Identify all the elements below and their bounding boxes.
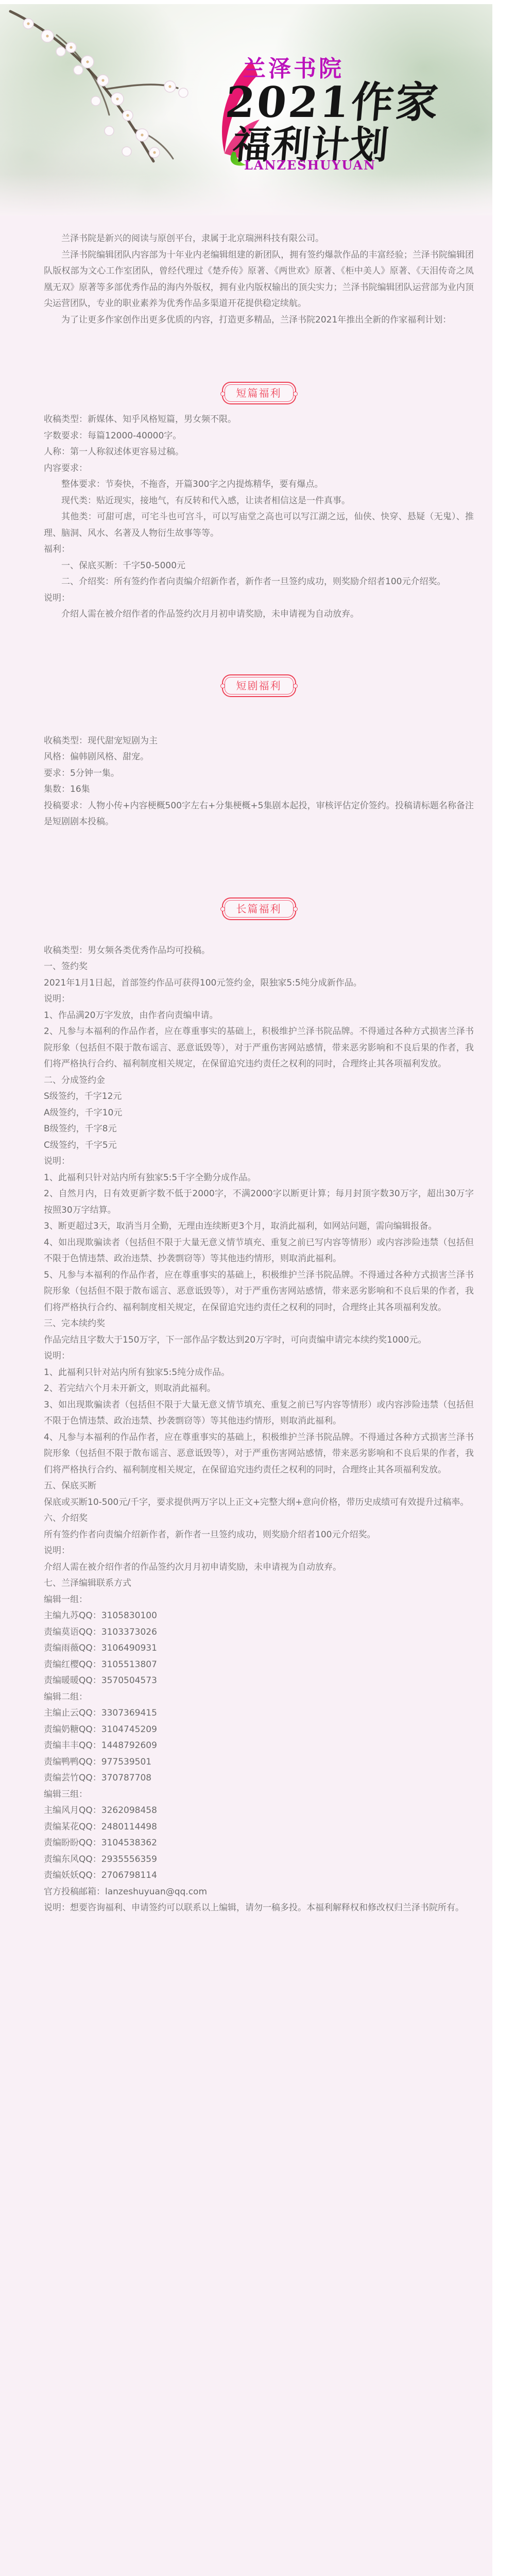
plum-blossom-branch-icon	[0, 4, 237, 182]
section-line: 收稿类型：现代甜宠短剧为主	[44, 733, 474, 750]
note-line: 4、如出现欺骗读者（包括但不限于大量无意义情节填充、重复之前已写内容等情形）或内…	[44, 1235, 474, 1267]
benefit-heading: 七、兰泽编辑联系方式	[44, 1575, 474, 1592]
badge-drama-benefits: 短剧福利	[222, 674, 296, 697]
note-line: 3、如出现欺骗读者（包括但不限于大量无意义情节填充、重复之前已写内容等情形）或内…	[44, 1397, 474, 1430]
section-line: 集数：16集	[44, 782, 474, 798]
contact-line: 主编九苏QQ：3105830100	[44, 1608, 474, 1624]
note-line: 3、断更超过3天，取消当月全勤，无理由连续断更3个月，取消此福利，如网站问题，需…	[44, 1218, 474, 1235]
benefit-heading: 二、分成签约金	[44, 1073, 474, 1089]
promo-long-image: 兰泽书院 2021作家 福利计划 LANZESHUYUAN 兰泽书院是新兴的阅读…	[0, 4, 492, 2576]
note-title: 说明：	[44, 1543, 474, 1560]
section-line: 收稿类型：新媒体、知乎风格短篇，男女频不限。	[44, 412, 474, 428]
contact-line: 主编风月QQ：3262098458	[44, 1803, 474, 1819]
benefit-heading: 六、介绍奖	[44, 1511, 474, 1527]
note-line: 介绍人需在被介绍作者的作品签约次月月初申请奖励，未申请视为自动放弃。	[44, 1560, 474, 1576]
section-line: 风格：偏韩剧风格、甜宠。	[44, 749, 474, 766]
badge-notch-right-icon	[293, 392, 298, 396]
benefit-heading: 五、保底买断	[44, 1478, 474, 1495]
grade-line: B级签约，千字8元	[44, 1121, 474, 1138]
section-line: 要求：5分钟一集。	[44, 766, 474, 782]
contact-line: 责编奶糖QQ：3104745209	[44, 1722, 474, 1738]
grade-line: S级签约，千字12元	[44, 1089, 474, 1105]
badge-short-benefits: 短篇福利	[222, 382, 296, 404]
section-line: 保底或买断10-500元/千字，要求提供两万字以上正文+完整大纲+意向价格，带历…	[44, 1495, 474, 1511]
badge-notch-left-icon	[220, 392, 225, 396]
section-line: 整体要求：节奏快，不拖沓，开篇300字之内提炼精华，要有爆点。	[44, 477, 474, 493]
note-title: 说明：	[44, 1154, 474, 1170]
contact-line: 责编东风QQ：2935556359	[44, 1852, 474, 1868]
grade-line: C级签约，千字5元	[44, 1138, 474, 1154]
contact-line: 责编芸竹QQ：370787708	[44, 1770, 474, 1787]
contact-group-label: 编辑三组：	[44, 1787, 474, 1803]
section-badge-row: 短篇福利	[44, 382, 474, 404]
badge-notch-right-icon	[293, 907, 298, 911]
section-line: 人称：第一人称叙述体更容易过稿。	[44, 444, 474, 461]
section-line: 2021年1月1日起，首部签约作品可获得100元签约金，限独家5:5纯分成新作品…	[44, 975, 474, 992]
badge-notch-left-icon	[220, 907, 225, 911]
badge-label: 短剧福利	[236, 680, 282, 692]
section-line: 一、保底买断：千字50-5000元	[44, 558, 474, 574]
note-line: 2、若完结六个月未开新文，则取消此福利。	[44, 1381, 474, 1397]
section-line: 其他类：可甜可虐，可宅斗也可宫斗，可以写庙堂之高也可以写江湖之远，仙侠、快穿、悬…	[44, 509, 474, 541]
contact-line: 责编暖暖QQ：3570504573	[44, 1673, 474, 1689]
benefit-heading: 一、签约奖	[44, 959, 474, 975]
section-badge-row: 短剧福利	[44, 674, 474, 697]
note-title: 说明：	[44, 1348, 474, 1365]
document-body: 兰泽书院是新兴的阅读与原创平台，隶属于北京瑞洲科技有限公司。 兰泽书院编辑团队内…	[0, 215, 492, 2576]
section-line: 收稿类型：男女频各类优秀作品均可投稿。	[44, 943, 474, 959]
submission-email-line: 官方投稿邮箱：lanzeshuyuan@qq.com	[44, 1884, 474, 1901]
contact-line: 责编妖妖QQ：2706798114	[44, 1868, 474, 1884]
contact-line: 责编鸭鸭QQ：977539501	[44, 1754, 474, 1771]
note-line: 4、凡参与本福利的作品作者，应在尊重事实的基础上，积极维护兰泽书院品牌。不得通过…	[44, 1430, 474, 1479]
section-line: 投稿要求：人物小传+内容梗概500字左右+分集梗概+5集剧本起投，审核评估定价签…	[44, 798, 474, 831]
note-line: 1、此福利只针对站内所有独家5:5纯分成作品。	[44, 1365, 474, 1381]
benefit-heading: 三、完本续约奖	[44, 1316, 474, 1332]
contact-line: 责编莫语QQ：3103373026	[44, 1624, 474, 1641]
site-name-en: LANZESHUYUAN	[244, 158, 376, 173]
contact-group-label: 编辑二组：	[44, 1689, 474, 1706]
intro-paragraph: 兰泽书院是新兴的阅读与原创平台，隶属于北京瑞洲科技有限公司。	[44, 231, 474, 247]
grade-line: A级签约，千字10元	[44, 1105, 474, 1122]
contact-line: 责编盼盼QQ：3104538362	[44, 1835, 474, 1852]
banner-title-line1: 2021作家	[224, 80, 465, 125]
section-line: 二、介绍奖：所有签约作者向责编介绍新作者，新作者一旦签约成功，则奖励介绍者100…	[44, 574, 474, 590]
note-line: 2、凡参与本福利的作品作者，应在尊重事实的基础上，积极维护兰泽书院品牌。不得通过…	[44, 1024, 474, 1073]
hero-banner: 兰泽书院 2021作家 福利计划 LANZESHUYUAN	[0, 4, 492, 215]
note-line: 5、凡参与本福利的作品作者，应在尊重事实的基础上，积极维护兰泽书院品牌。不得通过…	[44, 1267, 474, 1316]
section-line: 所有签约作者向责编介绍新作者，新作者一旦签约成功，则奖励介绍者100元介绍奖。	[44, 1527, 474, 1544]
intro-paragraph: 为了让更多作家创作出更多优质的内容，打造更多精品，兰泽书院2021年推出全新的作…	[44, 312, 474, 329]
contact-line: 主编止云QQ：3307369415	[44, 1705, 474, 1722]
section-subtitle: 福利：	[44, 541, 474, 558]
badge-notch-right-icon	[293, 684, 298, 688]
contact-line: 责编某花QQ：2480114498	[44, 1819, 474, 1836]
footer-note: 说明：想要咨询福利、申请签约可以联系以上编辑，请勿一稿多投。本福利解释权和修改权…	[44, 1900, 474, 1917]
badge-label: 短篇福利	[236, 387, 282, 399]
section-line: 作品完结且字数大于150万字，下一部作品字数达到20万字时，可向责编申请完本续约…	[44, 1332, 474, 1349]
note-line: 1、此福利只针对站内所有独家5:5千字全勤分成作品。	[44, 1170, 474, 1187]
badge-notch-left-icon	[220, 684, 225, 688]
note-line: 2、自然月内，日有效更新字数不低于2000字，不满2000字以断更计算；每月封顶…	[44, 1186, 474, 1218]
note-title: 说明：	[44, 991, 474, 1008]
site-name: 兰泽书院	[243, 58, 418, 80]
note-line: 介绍人需在被介绍作者的作品签约次月月初申请奖励，未申请视为自动放弃。	[44, 606, 474, 623]
intro-paragraph: 兰泽书院编辑团队内容部为十年业内老编辑组建的新团队，拥有签约爆款作品的丰富经验；…	[44, 247, 474, 312]
contact-group-label: 编辑一组：	[44, 1592, 474, 1608]
section-line: 现代类：贴近现实，接地气，有反转和代入感，让读者相信这是一件真事。	[44, 493, 474, 510]
note-line: 1、作品满20万字发放，由作者向责编申请。	[44, 1008, 474, 1024]
badge-label: 长篇福利	[236, 903, 282, 915]
note-title: 说明：	[44, 590, 474, 607]
contact-line: 责编雨薇QQ：3106490931	[44, 1640, 474, 1657]
section-subtitle: 内容要求：	[44, 461, 474, 477]
badge-long-benefits: 长篇福利	[222, 897, 296, 920]
section-badge-row: 长篇福利	[44, 897, 474, 920]
contact-line: 责编红樱QQ：3105513807	[44, 1657, 474, 1673]
section-line: 字数要求：每篇12000-40000字。	[44, 428, 474, 445]
contact-line: 责编丰丰QQ：1448792609	[44, 1738, 474, 1754]
